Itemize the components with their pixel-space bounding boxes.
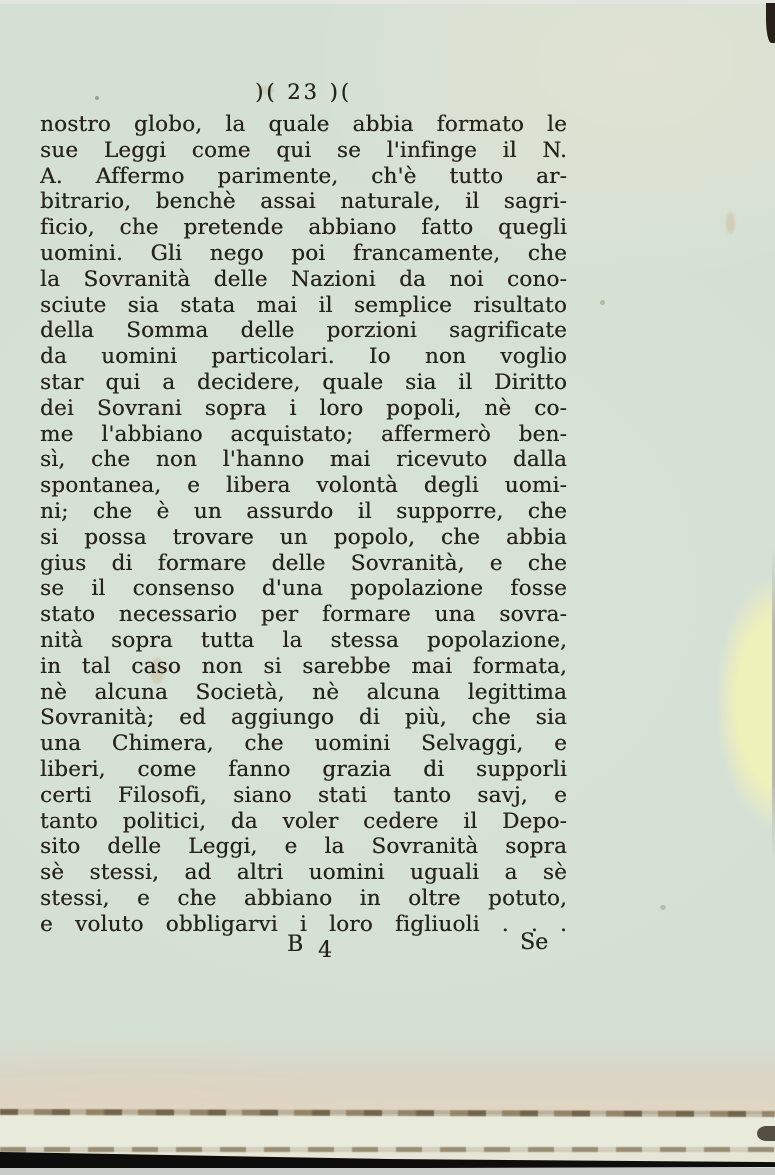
- page-number-header: )( 23 )(: [40, 80, 567, 104]
- body-line: nostro globo, la quale abbia formato le: [40, 112, 567, 138]
- scanner-top-strip: [0, 0, 775, 4]
- body-line: se il consenso d'una popolazione fosse: [40, 576, 567, 602]
- body-line: Sovranità; ed aggiungo di più, che sia: [40, 705, 567, 731]
- signature-line: B 4 Se: [40, 932, 567, 964]
- body-line: sì, che non l'hanno mai ricevuto dalla: [40, 447, 567, 473]
- body-line: me l'abbiano acquistato; affermerò ben-: [40, 422, 567, 448]
- signature-number: 4: [318, 938, 332, 963]
- body-line: stessi, e che abbiano in oltre potuto,: [40, 886, 567, 912]
- body-line: nè alcuna Società, nè alcuna legittima: [40, 680, 567, 706]
- body-line: si possa trovare un popolo, che abbia: [40, 525, 567, 551]
- underlying-leaf-yellow-edge: [694, 550, 774, 855]
- body-line: liberi, come fanno grazia di supporli: [40, 757, 567, 783]
- body-line: tanto politici, da voler cedere il Depo-: [40, 809, 567, 835]
- bottom-edge-brown-streak-2: [0, 1147, 775, 1152]
- body-line: ficio, che pretende abbiano fatto quegli: [40, 215, 567, 241]
- body-line: star qui a decidere, quale sia il Diritt…: [40, 370, 567, 396]
- signature-mark: B: [287, 932, 303, 957]
- body-line: sito delle Leggi, e la Sovranità sopra: [40, 834, 567, 860]
- body-line: da uomini particolari. Io non voglio: [40, 344, 567, 370]
- catchword: Se: [520, 930, 548, 955]
- body-line: uomini. Gli nego poi francamente, che: [40, 241, 567, 267]
- body-line: gius di formare delle Sovranità, e che: [40, 551, 567, 577]
- body-line: ni; che è un assurdo il supporre, che: [40, 499, 567, 525]
- body-line: sue Leggi come qui se l'infinge il N.: [40, 138, 567, 164]
- body-line: A. Affermo parimente, ch'è tutto ar-: [40, 164, 567, 190]
- body-line: certi Filosofi, siano stati tanto savj, …: [40, 783, 567, 809]
- top-right-corner-shadow: [766, 3, 775, 43]
- body-line: della Somma delle porzioni sagrificate: [40, 318, 567, 344]
- body-line: una Chimera, che uomini Selvaggi, e: [40, 731, 567, 757]
- bottom-right-dark-spot: [757, 1126, 775, 1141]
- body-text: nostro globo, la quale abbia formato les…: [40, 112, 567, 938]
- body-line: bitrario, benchè assai naturale, il sagr…: [40, 189, 567, 215]
- scanner-bottom-strip: [0, 1168, 775, 1175]
- body-line: sciute sia stata mai il semplice risulta…: [40, 293, 567, 319]
- body-line: sè stessi, ad altri uomini uguali a sè: [40, 860, 567, 886]
- bottom-edge-cream-band: [0, 1114, 775, 1150]
- book-page-scan: )( 23 )( nostro globo, la quale abbia fo…: [0, 0, 775, 1175]
- bottom-edge-stain-band: [0, 1036, 775, 1116]
- body-line: in tal caso non si sarebbe mai formata,: [40, 654, 567, 680]
- body-line: dei Sovrani sopra i loro popoli, nè co-: [40, 396, 567, 422]
- body-line: la Sovranità delle Nazioni da noi cono-: [40, 267, 567, 293]
- body-line: nità sopra tutta la stessa popolazione,: [40, 628, 567, 654]
- body-line: stato necessario per formare una sovra-: [40, 602, 567, 628]
- body-line: spontanea, e libera volontà degli uomi-: [40, 473, 567, 499]
